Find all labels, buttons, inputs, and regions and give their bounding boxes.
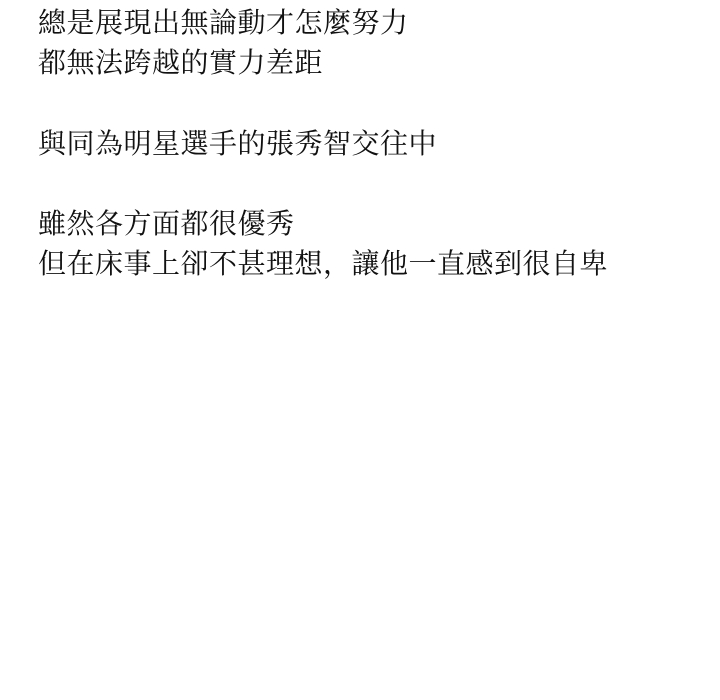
caption-paragraph-3: 雖然各方面都很優秀 但在床事上卻不甚理想，讓他一直感到很自卑 [38,204,608,284]
caption-line: 與同為明星選手的張秀智交往中 [38,124,437,164]
caption-line: 都無法跨越的實力差距 [38,43,409,83]
caption-paragraph-2: 與同為明星選手的張秀智交往中 [38,124,437,164]
caption-line: 但在床事上卻不甚理想，讓他一直感到很自卑 [38,244,608,284]
caption-line: 雖然各方面都很優秀 [38,204,608,244]
caption-paragraph-1: 總是展現出無論動才怎麼努力 都無法跨越的實力差距 [38,3,409,83]
caption-line: 總是展現出無論動才怎麼努力 [38,3,409,43]
